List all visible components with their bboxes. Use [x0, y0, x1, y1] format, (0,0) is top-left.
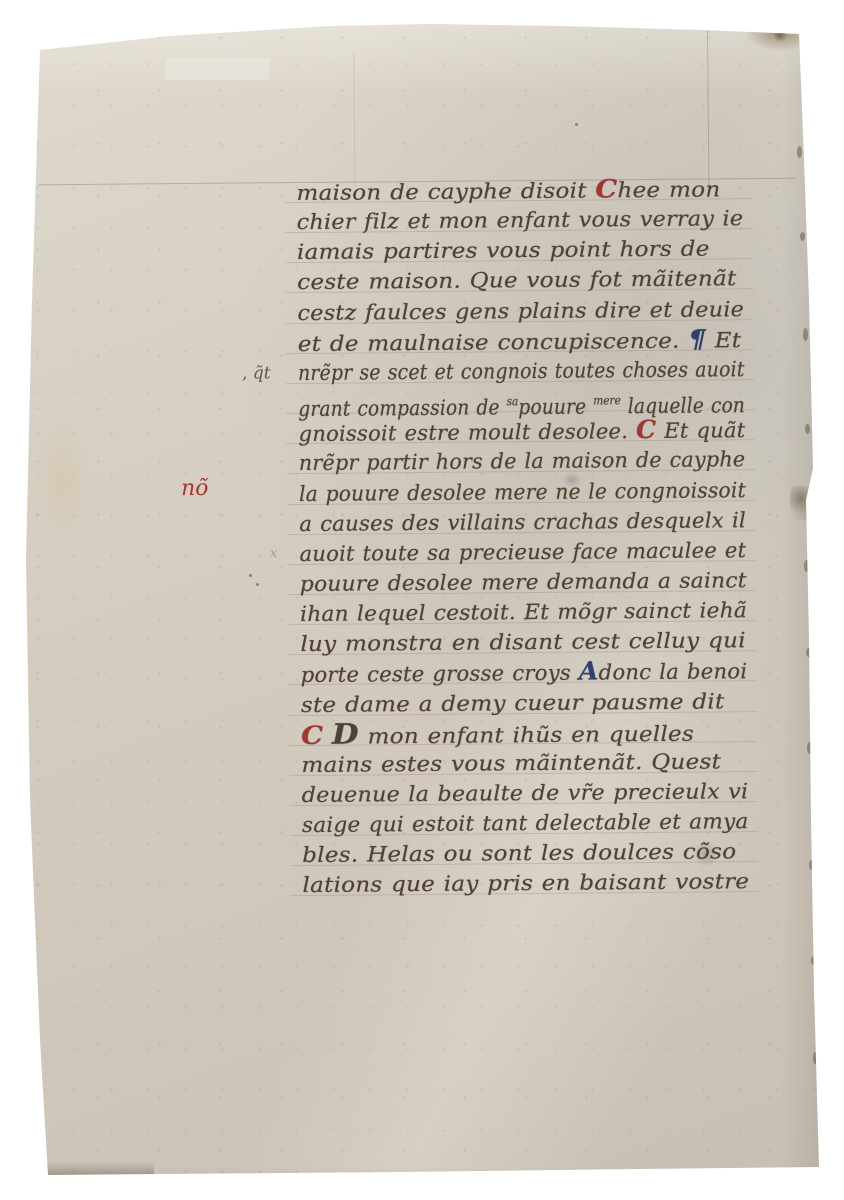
text-segment: deuenue la beaulte de vr̃e precieulx vi — [302, 779, 749, 807]
capitulum-mark: A — [579, 657, 599, 686]
text-segment — [323, 724, 332, 748]
text-segment: Et — [706, 328, 741, 352]
text-line: nrẽpr partir hors de la maison de cayph… — [299, 444, 746, 478]
text-segment: hee mon — [617, 177, 720, 202]
text-line: mains estes vous mãintenãt. Quest — [301, 746, 721, 780]
text-segment: cestz faulces gens plains dire et deuie — [297, 297, 744, 325]
text-segment: saige qui estoit tant delectable et amya — [302, 809, 749, 837]
capitulum-mark: ¶ — [688, 324, 706, 353]
photo-backdrop: maison de cayphe disoit Chee monchier fi… — [0, 0, 844, 1200]
text-segment: lations que iay pris en baisant vostre — [302, 870, 749, 898]
text-line: porte ceste grosse croys Adonc la benoi — [301, 656, 748, 691]
text-segment: sa — [506, 394, 518, 408]
text-segment: nrẽpr partir hors de la maison de cayph… — [299, 447, 746, 475]
text-line: la pouure desolee mere ne le congnoissoi… — [299, 475, 746, 509]
text-segment: auoit toute sa precieuse face maculee et — [299, 538, 746, 566]
text-segment: ste dame a demy cueur pausme dit — [301, 689, 725, 717]
text-segment: mere — [593, 393, 621, 407]
text-line: chier filz et mon enfant vous verray ie — [297, 203, 744, 237]
text-segment: la pouure desolee mere ne le congnoissoi… — [299, 478, 746, 506]
text-line: lations que iay pris en baisant vostre — [302, 867, 749, 901]
text-line: gnoissoit estre moult desolee. C Et quãt — [298, 414, 745, 449]
text-segment: D — [332, 717, 359, 750]
text-line: ste dame a demy cueur pausme dit — [301, 686, 725, 720]
text-segment: bles. Helas ou sont les doulces cõso — [302, 840, 736, 868]
text-segment: donc la benoi — [599, 660, 748, 685]
text-segment: chier filz et mon enfant vous verray ie — [297, 206, 744, 234]
text-segment: mon enfant ihũs en quelles — [359, 721, 694, 748]
leaf-content: maison de cayphe disoit Chee monchier fi… — [0, 0, 844, 1200]
margin-note-no: nõ — [181, 476, 209, 501]
text-line: bles. Helas ou sont les doulces cõso — [302, 837, 736, 871]
capitulum-mark: C — [595, 174, 617, 203]
text-block: maison de cayphe disoit Chee monchier fi… — [0, 0, 844, 1200]
text-segment: et de maulnaise concupiscence. — [298, 328, 689, 355]
text-segment: pouure desolee mere demanda a sainct — [300, 568, 747, 596]
capitulum-mark: C — [301, 721, 323, 750]
text-segment: Et quãt — [656, 418, 745, 443]
text-segment: iamais partires vous point hors de — [297, 237, 710, 265]
text-line: pouure desolee mere demanda a sainct — [300, 565, 747, 599]
text-line: a causes des villains crachas desquelx i… — [299, 505, 746, 539]
text-segment: a causes des villains crachas desquelx i… — [299, 508, 746, 536]
text-line: iamais partires vous point hors de — [297, 234, 710, 268]
text-line: ceste maison. Que vous fot mãitenãt — [297, 264, 736, 298]
text-line: et de maulnaise concupiscence. ¶ Et — [298, 324, 742, 359]
text-line: nrẽpr se scet et congnois toutes choses… — [298, 354, 745, 388]
text-line: luy monstra en disant cest celluy qui — [300, 625, 746, 659]
text-segment: maison de cayphe disoit — [296, 178, 595, 205]
text-segment: gnoissoit estre moult desolee. — [298, 419, 636, 446]
text-line: maison de cayphe disoit Chee mon — [296, 173, 720, 208]
text-line: cestz faulces gens plains dire et deuie — [297, 294, 744, 328]
text-segment: luy monstra en disant cest celluy qui — [300, 628, 746, 656]
margin-note-qt: , q̃t — [242, 363, 271, 383]
text-line: ihan lequel cestoit. Et mõgr sainct ieh… — [300, 595, 747, 629]
text-segment: ceste maison. Que vous fot mãitenãt — [297, 267, 736, 295]
text-line: deuenue la beaulte de vr̃e precieulx vi — [302, 776, 749, 810]
capitulum-mark: C — [636, 415, 656, 444]
margin-note-cross: x — [270, 545, 278, 561]
text-segment: porte ceste grosse croys — [301, 661, 579, 687]
text-segment: nrẽpr se scet et congnois toutes choses… — [298, 357, 745, 385]
manuscript-leaf: maison de cayphe disoit Chee monchier fi… — [0, 0, 844, 1200]
text-segment: ihan lequel cestoit. Et mõgr sainct ieh… — [300, 598, 747, 626]
text-segment: mains estes vous mãintenãt. Quest — [301, 749, 721, 777]
text-line: auoit toute sa precieuse face maculee et — [299, 535, 746, 569]
text-line: saige qui estoit tant delectable et amya — [302, 806, 749, 840]
